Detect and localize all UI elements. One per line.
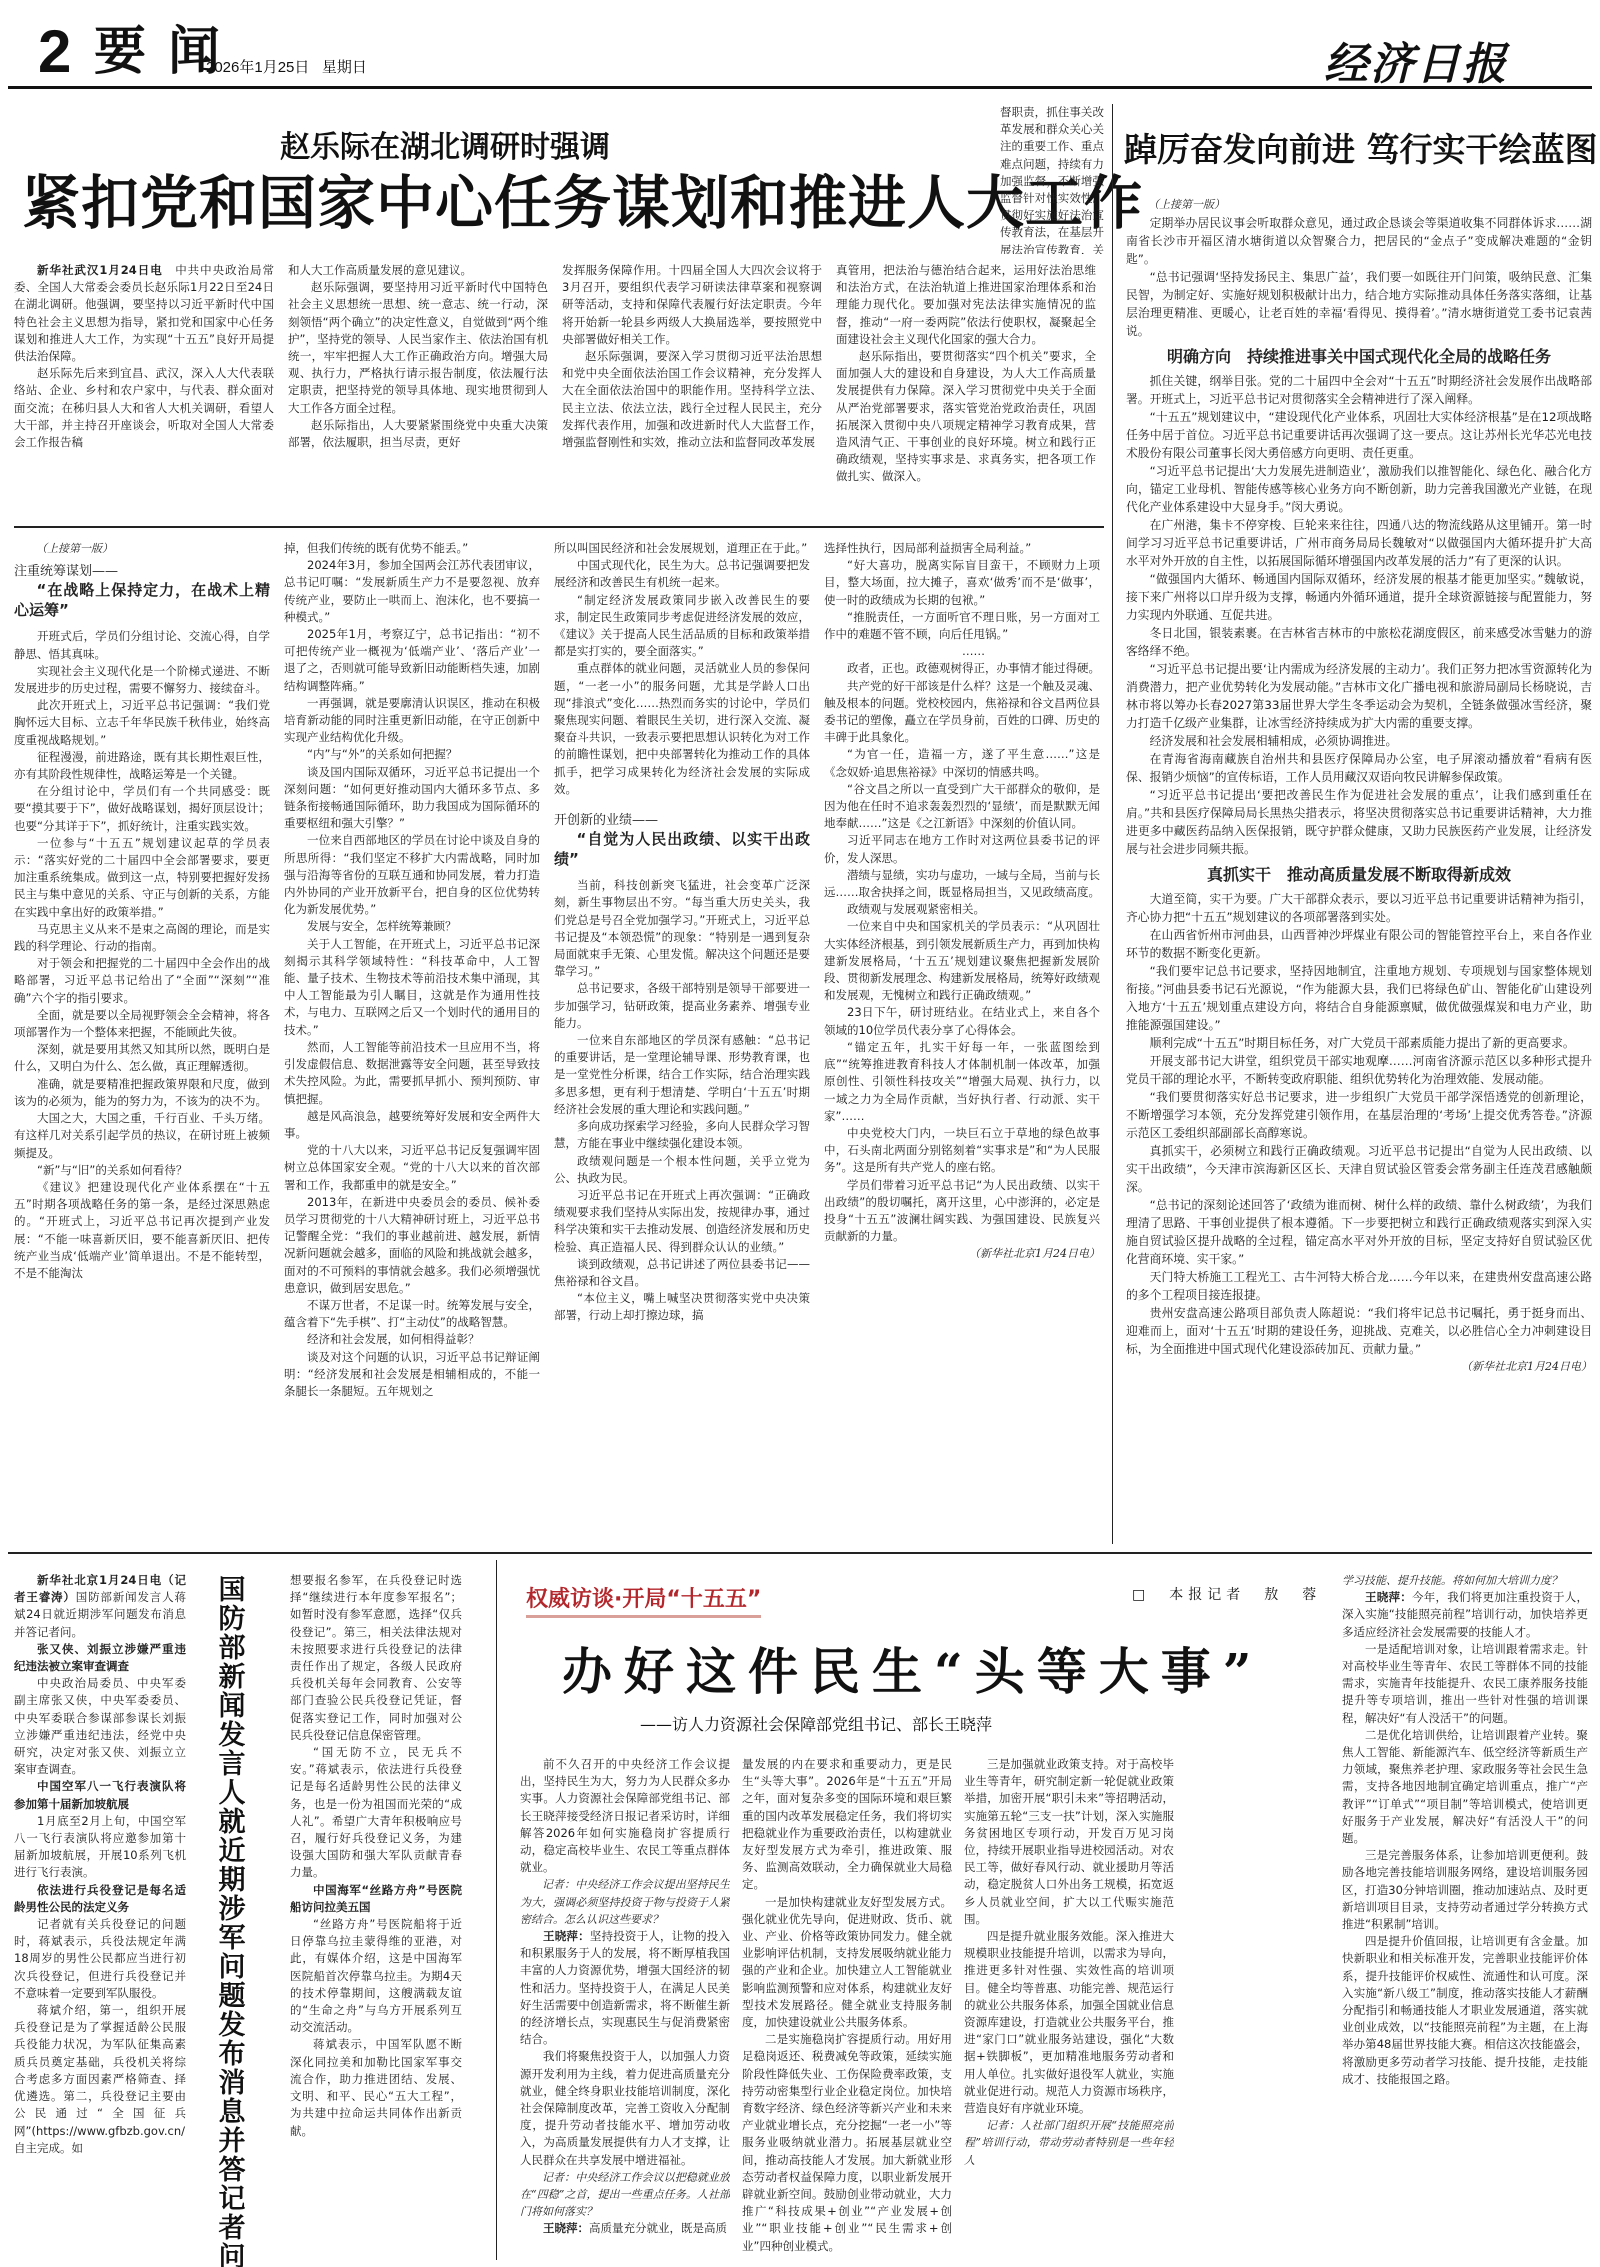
defense-paragraph: 蒋斌表示，中国军队愿不断深化同拉美和加勒比国家军事交流合作，助力推进团结、发展、… [290, 2036, 462, 2139]
lead-paragraph: 赵乐际指出，人大要紧紧围绕党中央重大决策部署，依法履职，担当尽责，更好 [288, 417, 548, 451]
defense-subhead: 张又侠、刘振立涉嫌严重违纪违法被立案审查调查 [14, 1641, 186, 1675]
interview-answer: 坚持投资于人，让物的投入和积累服务于人的发展，将不断厚植我国丰富的人力资源优势，… [520, 1929, 730, 2046]
interview-paragraph: 量发展的内在要求和重要动力，更是民生“头等大事”。2026年是“十五五”开局之年… [742, 1756, 952, 1894]
interview-title: 办好这件民生“头等大事” [562, 1632, 1264, 1704]
feature-paragraph: 在分组讨论中，学员们有一个共同感受：既要“摸其要于下”，做好战略谋划，揭好顶层设… [14, 783, 270, 835]
lead-paragraph: 赵乐际强调，要深入学习贯彻习近平法治思想和党中央全面依法治国工作会议精神，充分发… [562, 348, 822, 451]
interview-paragraph: 前不久召开的中央经济工作会议提出，坚持民生为大，努力为人民群众多办实事。人力资源… [520, 1756, 730, 1876]
defense-col-1: 新华社北京1月24日电（记者王睿涛）国防部新闻发言人蒋斌24日就近期涉军问题发布… [14, 1572, 186, 2262]
feature-paragraph: 中央党校大门内，一块巨石立于草地的绿色故事中，石头南北两面分别铭刻着“实事求是”… [824, 1125, 1100, 1177]
right-paragraph: 开展支部书记大讲堂，组织党员干部实地观摩……河南省济源示范区以多种形式提升党员干… [1126, 1052, 1592, 1088]
lead-headline: 紧扣党和国家中心任务谋划和推进人大工作 [22, 170, 1143, 236]
defense-paragraph: “国无防不立，民无兵不安。”蒋斌表示，依法进行兵役登记是每名适龄男性公民的法律义… [290, 1744, 462, 1882]
defense-paragraph: 1月底至2月上旬，中国空军八一飞行表演队将应邀参加第十届新加坡航展，开展10系列… [14, 1813, 186, 1882]
feature-paragraph: …… [824, 643, 1100, 660]
interview-question: 记者：中央经济工作会议以把稳就业放在“四稳”之首，提出一些重点任务。人社部门将如… [520, 2169, 730, 2221]
right-story-title: 踔厉奋发向前进 笃行实干绘蓝图 [1124, 124, 1594, 171]
feature-paragraph: 总书记要求，各级干部特别是领导干部要进一步加强学习，钻研政策，提高业务素养、增强… [554, 980, 810, 1032]
interview-paragraph: 一是适配培训对象，让培训跟着需求走。针对高校毕业生等青年、农民工等群体不同的技能… [1342, 1641, 1588, 1727]
feature-paragraph: “本位主义，嘴上喊坚决贯彻落实党中央决策部署，行动上却打擦边球，搞 [554, 1290, 810, 1324]
feature-dateline: （新华社北京1月24日电） [824, 1245, 1100, 1262]
defense-subhead: 中国空军八一飞行表演队将参加第十届新加坡航展 [14, 1778, 186, 1812]
continued-label: （上接第一版） [14, 540, 270, 557]
feature-paragraph: 潜绩与显绩，实功与虚功，一域与全局，当前与长远……取舍抉择之间，既显格局担当，又… [824, 867, 1100, 901]
defense-paragraph: 记者就有关兵役登记的问题时，蒋斌表示，兵役法规定年满18周岁的男性公民都应当进行… [14, 1916, 186, 2002]
kicker-suffix: ·开局“十五五” [614, 1587, 761, 1612]
feature-paragraph: 开班式后，学员们分组讨论、交流心得，自学静思、悟其真味。 [14, 628, 270, 662]
defense-subhead: 中国海军“丝路方舟”号医院船访问拉美五国 [290, 1882, 462, 1916]
column-divider [1112, 104, 1113, 1544]
feature-paragraph: 23日下午，研讨班结业。在结业式上，来自各个领域的10位学员代表分享了心得体会。 [824, 1004, 1100, 1038]
feature-paragraph: 政绩观与发展观紧密相关。 [824, 901, 1100, 918]
feature-paragraph: “锚定五年，扎实干好每一年，一张蓝图绘到底”“统筹推进教育科技人才体制机制一体改… [824, 1039, 1100, 1125]
lead-kicker: 赵乐际在湖北调研时强调 [280, 122, 610, 166]
defense-vertical-title: 国防部新闻发言人就近期涉军问题发布消息并答记者问 [214, 1576, 250, 2267]
interview-paragraph: 三是加强就业政策支持。对于高校毕业生等青年，研究制定新一轮促就业政策举措，加密开… [964, 1756, 1174, 1928]
right-paragraph: 在青海省海南藏族自治州共和县医疗保障局办公室，电子屏滚动播放着“看病有医保、报销… [1126, 750, 1592, 786]
feature-paragraph: “谷文昌之所以一直受到广大干部群众的敬仰，是因为他在任时不追求轰轰烈烈的‘显绩’… [824, 781, 1100, 833]
right-story-body: （上接第一版） 定期举办居民议事会听取群众意见，通过政企恳谈会等渠道收集不同群体… [1126, 196, 1592, 1516]
interview-paragraph: 二是优化培训供给，让培训跟着产业转。聚焦人工智能、新能源汽车、低空经济等新质生产… [1342, 1727, 1588, 1847]
feature-paragraph: 2024年3月，参加全国两会江苏代表团审议，总书记叮嘱：“发展新质生产力不是要忽… [284, 557, 540, 626]
defense-paragraph: 蒋斌介绍，第一，组织开展兵役登记是为了掌握适龄公民服兵役能力状况，为军队征集高素… [14, 2002, 186, 2157]
interview-speaker: 王晓萍： [1365, 1590, 1412, 1604]
feature-paragraph: 政者，正也。政德观树得正，办事情才能过得硬。 [824, 660, 1100, 677]
right-paragraph: 冬日北国，银装素裹。在吉林省吉林市的中旅松花湖度假区，前来感受冰雪魅力的游客络绎… [1126, 624, 1592, 660]
right-dateline: （新华社北京1月24日电） [1126, 1358, 1592, 1376]
newspaper-masthead: 经济日报 [1324, 28, 1508, 92]
feature-paragraph: 关于人工智能，在开班式上，习近平总书记深刻揭示其科学领域特性：“科技革命中，人工… [284, 936, 540, 1039]
defense-subhead: 依法进行兵役登记是每名适龄男性公民的法定义务 [14, 1882, 186, 1916]
right-paragraph: 顺利完成“十五五”时期目标任务，对广大党员干部素质能力提出了新的更高要求。 [1126, 1034, 1592, 1052]
right-paragraph: 经济发展和社会发展相辅相成，必须协调推进。 [1126, 732, 1592, 750]
feature-paragraph: 一位来自中央和国家机关的学员表示：“从巩固壮大实体经济根基，到引领发展新质生产力… [824, 918, 1100, 1004]
interview-paragraph: 二是实施稳岗扩容提质行动。用好用足稳岗返还、税费减免等政策，延续实施阶段性降低失… [742, 2031, 952, 2255]
date: 2026年1月25日 [206, 59, 309, 76]
right-paragraph: “总书记强调‘坚持发扬民主、集思广益’，我们要一如既往开门问策，吸纳民意、汇集民… [1126, 268, 1592, 340]
interview-question: 记者：人社部门组织开展“技能照亮前程”培训行动，带动劳动者特别是一些年轻人 [964, 2117, 1174, 2169]
right-paragraph: “我们要贯彻落实好总书记要求，进一步组织广大党员干部学深悟透党的创新理论，不断增… [1126, 1088, 1592, 1142]
feature-paragraph: 一再强调，就是要廓清认识误区，推动在积极培育新动能的同时注重更新旧动能，在守正创… [284, 695, 540, 747]
feature-paragraph: 大国之大，大国之重，千行百业、千头万绪。有这样几对关系引起学员的热议，在研讨班上… [14, 1110, 270, 1162]
feature-paragraph: 掉，但我们传统的既有优势不能丢。” [284, 540, 540, 557]
right-paragraph: “我们要牢记总书记要求，坚持因地制宜，注重地方规划、专项规划与国家整体规划衔接。… [1126, 962, 1592, 1034]
feature-paragraph: 越是风高浪急，越要统筹好发展和安全两件大事。 [284, 1108, 540, 1142]
feature-paragraph: 发展与安全，怎样统筹兼顾？ [284, 918, 540, 935]
lead-col-2: 和人大工作高质量发展的意见建议。 赵乐际强调，要坚持用习近平新时代中国特色社会主… [288, 262, 548, 492]
page-number: 2 [38, 22, 71, 82]
right-paragraph: 真抓实干，必须树立和践行正确政绩观。习近平总书记提出“自觉为人民出政绩、以实干出… [1126, 1142, 1592, 1196]
defense-col-2: 想要报名参军，在兵役登记时选择“继续进行本年度参军报名”；如暂时没有参军意愿，选… [290, 1572, 462, 2262]
right-paragraph: 抓住关键，纲举目张。党的二十届四中全会对“十五五”时期经济社会发展作出战略部署。… [1126, 372, 1592, 408]
lead-col-1: 新华社武汉1月24日电 中共中央政治局常委、全国人大常委会委员长赵乐际1月22日… [14, 262, 274, 492]
interview-subtitle: ——访人力资源社会保障部党组书记、部长王晓萍 [640, 1712, 992, 1735]
interview-kicker: 权威访谈·开局“十五五” [526, 1582, 761, 1618]
weekday: 星期日 [322, 59, 367, 76]
interview-paragraph: 四是提升价值回报，让培训更有含金量。加快新职业和相关标准开发，完善职业技能评价体… [1342, 1933, 1588, 2088]
interview-question: 记者：中央经济工作会议提出坚持民生为大，强调必须坚持投资于物与投资于人紧密结合。… [520, 1876, 730, 1928]
feature-col-1: （上接第一版） 注重统筹谋划—— “在战略上保持定力，在战术上精心运筹” 开班式… [14, 540, 270, 1540]
right-paragraph: 天门特大桥施工工程光工、古牛河特大桥合龙……今年以来，在建贵州安盘高速公路的多个… [1126, 1268, 1592, 1304]
feature-section-quote: “在战略上保持定力，在战术上精心运筹” [14, 580, 270, 620]
issue-date: 2026年1月25日 星期日 [206, 56, 367, 77]
feature-paragraph: 《建议》把建设现代化产业体系摆在“十五五”时期各项战略任务的第一条，是经过深思熟… [14, 1179, 270, 1282]
right-paragraph: 定期举办居民议事会听取群众意见，通过政企恳谈会等渠道收集不同群体诉求……湖南省长… [1126, 214, 1592, 268]
feature-paragraph: 一位参与“十五五”规划建议起草的学员表示：“落实好党的二十届四中全会部署要求，要… [14, 835, 270, 921]
feature-paragraph: 当前，科技创新突飞猛进，社会变革广泛深刻，新生事物层出不穷。“每当重大历史关头，… [554, 877, 810, 980]
feature-paragraph: “好大喜功，脱离实际盲目蛮干，不顾财力上项目，整大场面，拉大摊子，喜欢‘做秀’而… [824, 557, 1100, 609]
feature-paragraph: 一位来自东部地区的学员深有感触：“总书记的重要讲话，是一堂理论辅导课、形势教育课… [554, 1032, 810, 1118]
right-paragraph: 贵州安盘高速公路项目部负责人陈超说：“我们将牢记总书记嘱托，勇于挺身而出、迎难而… [1126, 1304, 1592, 1358]
feature-col-2: 掉，但我们传统的既有优势不能丢。” 2024年3月，参加全国两会江苏代表团审议，… [284, 540, 540, 1540]
interview-speaker: 王晓萍： [543, 1929, 590, 1943]
feature-paragraph: 中国式现代化，民生为大。总书记强调要把发展经济和改善民生有机统一起来。 [554, 557, 810, 591]
feature-section-label: 注重统筹谋划—— [14, 563, 270, 580]
interview-col-3: 三是加强就业政策支持。对于高校毕业生等青年，研究制定新一轮促就业政策举措，加密开… [964, 1756, 1174, 2261]
interview-col-2: 量发展的内在要求和重要动力，更是民生“头等大事”。2026年是“十五五”开局之年… [742, 1756, 952, 2261]
header-rule [8, 86, 1592, 89]
interview-answer: 高质量充分就业，既是高质 [589, 2221, 727, 2235]
lead-paragraph: 赵乐际强调，要坚持用习近平新时代中国特色社会主义思想统一思想、统一意志、统一行动… [288, 279, 548, 417]
lead-paragraph: 和人大工作高质量发展的意见建议。 [288, 262, 548, 279]
feature-paragraph: “内”与“外”的关系如何把握？ [284, 746, 540, 763]
feature-paragraph: 习近平同志在地方工作时对这两位县委书记的评价，发人深思。 [824, 832, 1100, 866]
lead-dateline: 新华社武汉1月24日电 [37, 263, 163, 277]
lead-paragraph: 发挥服务保障作用。十四届全国人大四次会议将于3月召开，要组织代表学习研读法律草案… [562, 262, 822, 348]
feature-paragraph: 深刻，就是要用其然又知其所以然，既明白是什么，又明白为什么、怎么做，真正理解透彻… [14, 1041, 270, 1075]
interview-paragraph: 三是完善服务体系，让参加培训更便利。鼓励各地完善技能培训服务网络，建设培训服务园… [1342, 1847, 1588, 1933]
feature-section-quote: “自觉为人民出政绩、以实干出政绩” [554, 829, 810, 869]
feature-col-3: 所以叫国民经济和社会发展规划，道理正在于此。” 中国式现代化，民生为大。总书记强… [554, 540, 810, 1540]
feature-paragraph: 不谋万世者，不足谋一时。统筹发展与安全，蕴含着下“先手棋”、打“主动仗”的战略智… [284, 1297, 540, 1331]
feature-paragraph: 此次开班式上，习近平总书记强调：“我们党胸怀远大目标、立志千年华民族千秋伟业，始… [14, 697, 270, 749]
defense-paragraph: “丝路方舟”号医院船将于近日停靠乌拉圭蒙得维的亚港，对此，有媒体介绍，这是中国海… [290, 1916, 462, 2036]
right-paragraph: “习近平总书记提出要‘让内需成为经济发展的主动力’。我们正努力把冰雪资源转化为消… [1126, 660, 1592, 732]
feature-paragraph: 习近平总书记在开班式上再次强调：“正确政绩观要求我们坚持从实际出发，按规律办事，… [554, 1187, 810, 1256]
interview-byline: □ 本报记者 敖 蓉 [1132, 1584, 1321, 1604]
lead-col-4: 真管用，把法治与德治结合起来，运用好法治思维和法治方式，在法治轨道上推进国家治理… [836, 262, 1096, 492]
feature-paragraph: 2013年，在新进中央委员会的委员、候补委员学习贯彻党的十八大精神研讨班上，习近… [284, 1194, 540, 1297]
feature-paragraph: 经济和社会发展，如何相得益彰？ [284, 1331, 540, 1348]
lead-paragraph: 真管用，把法治与德治结合起来，运用好法治思维和法治方式，在法治轨道上推进国家治理… [836, 262, 1096, 348]
feature-paragraph: 政绩观问题是一个根本性问题，关乎立党为公、执政为民。 [554, 1153, 810, 1187]
right-subhead: 明确方向 持续推进事关中国式现代化全局的战略任务 [1126, 348, 1592, 366]
right-paragraph: 在广州港，集卡不停穿梭、巨轮来来往往，四通八达的物流线路从这里铺开。第一时间学习… [1126, 516, 1592, 570]
section-rule [14, 526, 1104, 528]
feature-col-4: 选择性执行，因局部利益损害全局利益。” “好大喜功，脱离实际盲目蛮干，不顾财力上… [824, 540, 1100, 1540]
feature-paragraph: 马克思主义从来不是束之高阁的理论，而是实践的科学理论、行动的指南。 [14, 921, 270, 955]
interview-paragraph: 四是提升就业服务效能。深入推进大规模职业技能提升培训，以需求为导向，推进更多针对… [964, 1928, 1174, 2117]
right-subhead: 真抓实干 推动高质量发展不断取得新成效 [1126, 866, 1592, 884]
feature-paragraph: 所以叫国民经济和社会发展规划，道理正在于此。” [554, 540, 810, 557]
right-paragraph: 大道至简，实干为要。广大干部群众表示，要以习近平总书记重要讲话精神为指引，齐心协… [1126, 890, 1592, 926]
feature-paragraph: 重点群体的就业问题，灵活就业人员的参保问题，“一老一小”的服务问题，尤其是学龄人… [554, 660, 810, 798]
feature-paragraph: 实现社会主义现代化是一个阶梯式递进、不断发展进步的历史过程，需要不懈努力、接续奋… [14, 663, 270, 697]
right-paragraph: “十五五”规划建议中，“建设现代化产业体系，巩固壮大实体经济根基”是在12项战略… [1126, 408, 1592, 462]
feature-paragraph: 然而，人工智能等前沿技术一旦应用不当，将引发虚假信息、数据泄露等安全问题，甚至导… [284, 1039, 540, 1108]
lead-paragraph: 赵乐际指出，要贯彻落实“四个机关”要求，全面加强人大的建设和自身建设，为人大工作… [836, 348, 1096, 486]
feature-paragraph: 谈及国内国际双循环，习近平总书记提出一个深刻问题：“如何更好推动国内大循环多节点… [284, 764, 540, 833]
kicker-prefix: 权威访谈 [526, 1587, 614, 1612]
feature-paragraph: “新”与“旧”的关系如何看待？ [14, 1162, 270, 1179]
feature-paragraph: 选择性执行，因局部利益损害全局利益。” [824, 540, 1100, 557]
interview-col-4: 学习技能、提升技能。将如何加大培训力度？ 王晓萍：今年，我们将更加注重投资于人，… [1342, 1572, 1588, 2262]
feature-paragraph: 学员们带着习近平总书记“为人民出政绩、以实干出政绩”的殷切嘱托，离开这里，心中澎… [824, 1177, 1100, 1246]
interview-paragraph: 一是加快构建就业友好型发展方式。强化就业优先导向，促进财政、货币、就业、产业、价… [742, 1894, 952, 2032]
interview-question: 学习技能、提升技能。将如何加大培训力度？ [1342, 1572, 1588, 1589]
feature-paragraph: 党的十八大以来，习近平总书记反复强调牢固树立总体国家安全观。“党的十八大以来的首… [284, 1142, 540, 1194]
right-paragraph: 在山西省忻州市河曲县，山西晋神沙坪煤业有限公司的智能管控平台上，来自各作业环节的… [1126, 926, 1592, 962]
right-paragraph: “习近平总书记提出‘要把改善民生作为促进社会发展的重点’，让我们感到重任在肩。”… [1126, 786, 1592, 858]
right-paragraph: “做强国内大循环、畅通国内国际双循环，经济发展的根基才能更加坚实。”魏敏说，接下… [1126, 570, 1592, 624]
feature-paragraph: 谈及对这个问题的认识，习近平总书记辩证阐明：“经济发展和社会发展是相辅相成的，不… [284, 1349, 540, 1401]
feature-paragraph: “推脱责任，一方面听官不理日账，另一方面对工作中的难题不管不顾，向后任甩锅。” [824, 609, 1100, 643]
column-divider [496, 1560, 497, 2260]
feature-paragraph: 2025年1月，考察辽宁，总书记指出：“初不可把传统产业一概视为‘低端产业’、‘… [284, 626, 540, 695]
feature-paragraph: 全面，就是要以全局视野领会全会精神，将各项部署作为一个整体来把握，不能顾此失彼。 [14, 1007, 270, 1041]
interview-col-1: 前不久召开的中央经济工作会议提出，坚持民生为大，努力为人民群众多办实事。人力资源… [520, 1756, 730, 2261]
feature-paragraph: 征程漫漫，前进路途，既有其长期性艰巨性，亦有其阶段性规律性，战略运筹是一个关键。 [14, 749, 270, 783]
feature-paragraph: 准确，就是要精准把握政策界限和尺度，做到该为的必须为，能为的努力为，不该为的决不… [14, 1076, 270, 1110]
bottom-section-rule [8, 1552, 1592, 1554]
defense-paragraph: 想要报名参军，在兵役登记时选择“继续进行本年度参军报名”；如暂时没有参军意愿，选… [290, 1572, 462, 1744]
feature-paragraph: 谈到政绩观，总书记讲述了两位县委书记——焦裕禄和谷文昌。 [554, 1256, 810, 1290]
lead-col-3: 发挥服务保障作用。十四届全国人大四次会议将于3月召开，要组织代表学习研读法律草案… [562, 262, 822, 492]
feature-paragraph: 共产党的好干部该是什么样？这是一个触及灵魂、触及根本的问题。党校校园内，焦裕禄和… [824, 678, 1100, 747]
interview-paragraph: 我们将聚焦投资于人，以加强人力资源开发利用为主线，着力促进高质量充分就业，健全终… [520, 2048, 730, 2168]
feature-paragraph: 多向成功探索学习经验，多向人民群众学习智慧，方能在事业中继续强化建设本领。 [554, 1118, 810, 1152]
continued-label: （上接第一版） [1126, 196, 1592, 214]
defense-paragraph: 中央政治局委员、中央军委副主席张又侠，中央军委委员、中央军委联合参谋部参谋长刘振… [14, 1675, 186, 1778]
feature-paragraph: “制定经济发展政策同步嵌入改善民生的要求，制定民生政策同步考虑促进经济发展的效应… [554, 592, 810, 661]
feature-paragraph: 一位来自西部地区的学员在讨论中谈及自身的所思所得：“我们坚定不移扩大内需战略，同… [284, 832, 540, 918]
feature-paragraph: 对于领会和把握党的二十届四中全会作出的战略部署，习近平总书记给出了“全面”“深刻… [14, 955, 270, 1007]
lead-paragraph: 赵乐际先后来到宜昌、武汉，深入人大代表联络站、企业、乡村和农户家中，与代表、群众… [14, 365, 274, 451]
feature-section-label: 开创新的业绩—— [554, 812, 810, 829]
lead-col-5: 督职责，抓住事关改革发展和群众关心关注的重要工作、重点难点问题，持续有力加强监督… [1000, 104, 1104, 254]
right-paragraph: “习近平总书记提出‘大力发展先进制造业’，激励我们以推智能化、绿色化、融合化方向… [1126, 462, 1592, 516]
interview-speaker: 王晓萍： [543, 2221, 589, 2235]
lead-paragraph: 督职责，抓住事关改革发展和群众关心关注的重要工作、重点难点问题，持续有力加强监督… [1000, 104, 1104, 254]
lead-paragraph: 中共中央政治局常委、全国人大常委会委员长赵乐际1月22日至24日在湖北调研。他强… [14, 263, 274, 363]
feature-paragraph: “为官一任，造福一方，遂了平生意……”这是《念奴娇·追思焦裕禄》中深切的情感共鸣… [824, 746, 1100, 780]
right-paragraph: “总书记的深刻论述回答了‘政绩为谁而树、树什么样的政绩、靠什么树政绩’，为我们理… [1126, 1196, 1592, 1268]
